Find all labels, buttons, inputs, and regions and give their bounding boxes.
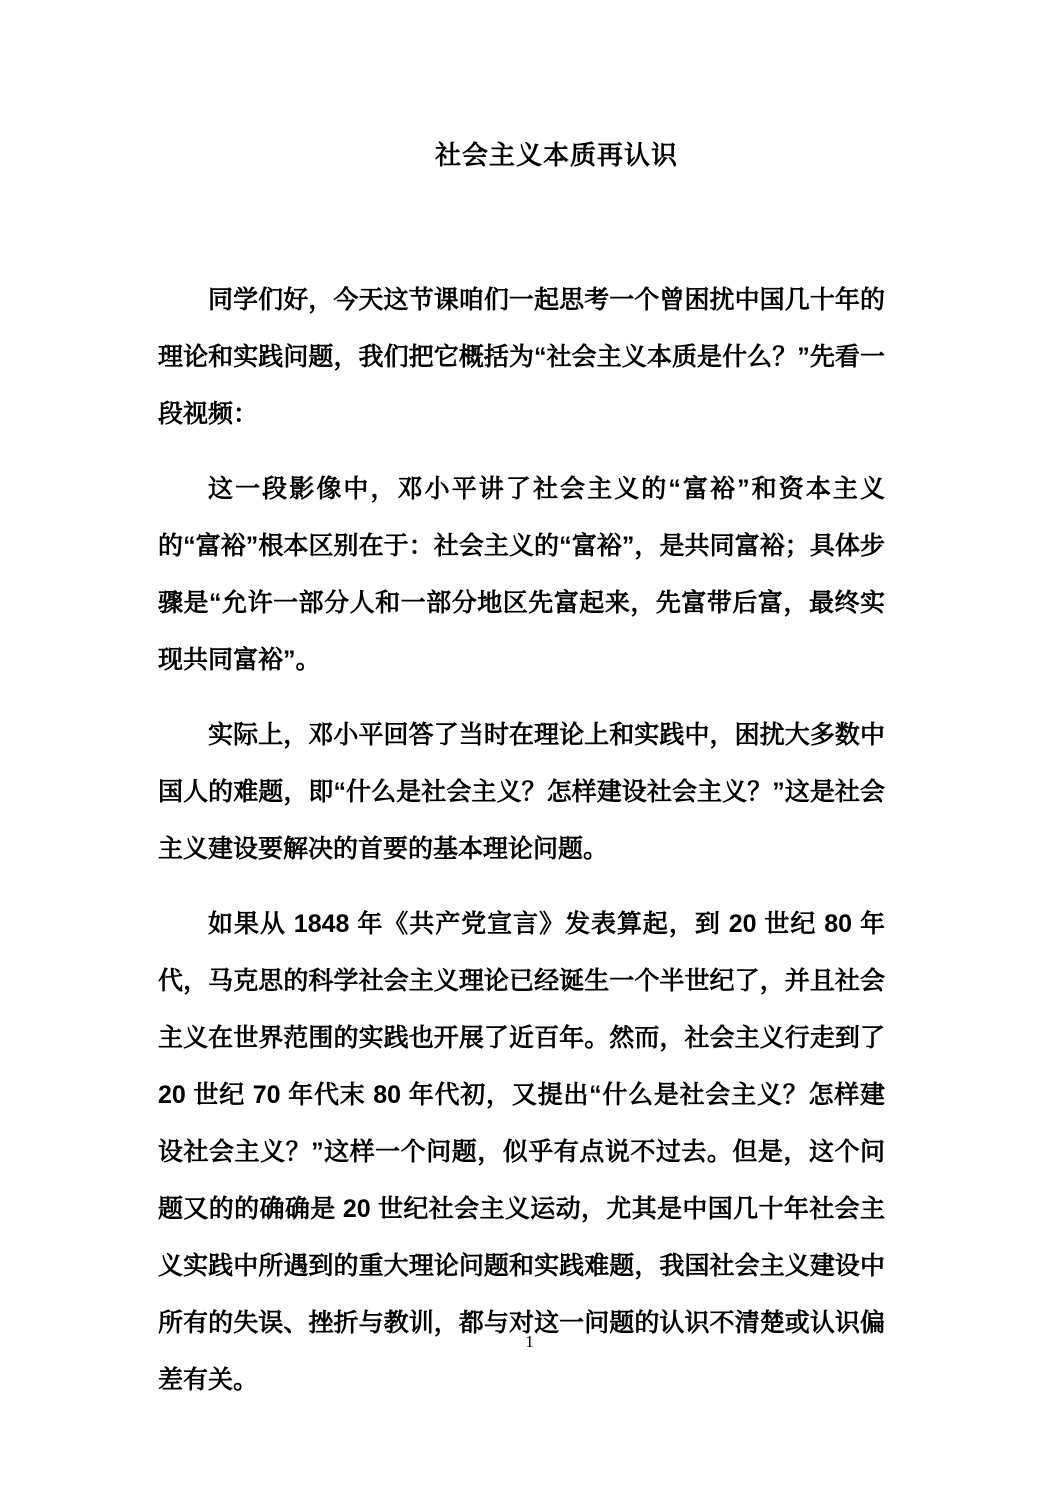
body-paragraph-2: 这一段影像中，邓小平讲了社会主义的“富裕”和资本主义的“富裕”根本区别在于：社会… (158, 461, 885, 689)
document-title: 社会主义本质再认识 (228, 127, 885, 184)
document-body: 社会主义本质再认识 同学们好，今天这节课咱们一起思考一个曾困扰中国几十年的理论和… (158, 127, 885, 1409)
body-paragraph-1: 同学们好，今天这节课咱们一起思考一个曾困扰中国几十年的理论和实践问题，我们把它概… (158, 272, 885, 443)
body-paragraph-3: 实际上，邓小平回答了当时在理论上和实践中，困扰大多数中国人的难题，即“什么是社会… (158, 707, 885, 878)
document-page: 社会主义本质再认识 同学们好，今天这节课咱们一起思考一个曾困扰中国几十年的理论和… (0, 0, 1059, 1497)
page-number: 1 (0, 1330, 1059, 1354)
